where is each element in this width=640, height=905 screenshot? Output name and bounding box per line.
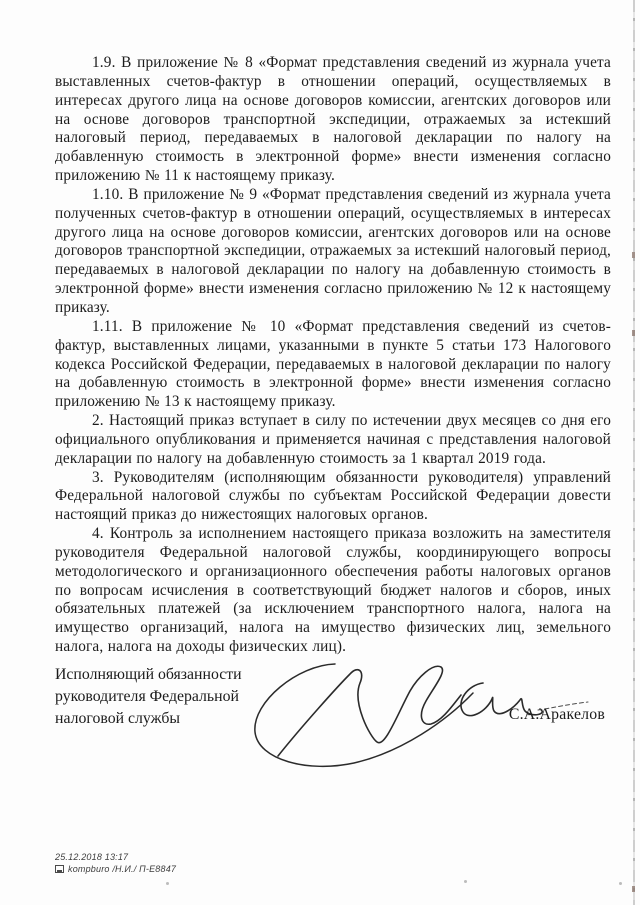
paragraph-1-11: 1.11. В приложение № 10 «Формат представ… <box>55 318 611 412</box>
stamp-timestamp: 25.12.2018 13:17 <box>55 852 176 864</box>
scan-edge-tick <box>632 330 635 336</box>
stamp-text: kompburo /Н.И./ П-Е8847 <box>68 864 176 876</box>
scan-edge-tick <box>632 252 635 258</box>
scan-footer: 25.12.2018 13:17 kompburo /Н.И./ П-Е8847 <box>55 852 176 875</box>
scan-speck <box>166 882 169 885</box>
scan-edge-tick <box>632 886 635 892</box>
floppy-stamp-icon <box>55 865 64 873</box>
scan-speck <box>619 882 622 885</box>
paragraph-2: 2. Настоящий приказ вступает в силу по и… <box>55 412 611 469</box>
signer-name: С.А.Аракелов <box>509 706 605 724</box>
paragraph-4: 4. Контроль за исполнением настоящего пр… <box>55 525 611 657</box>
stamp-line: kompburo /Н.И./ П-Е8847 <box>55 864 176 876</box>
scanned-document-page: 1.9. В приложение № 8 «Формат представле… <box>0 0 640 905</box>
scan-speck <box>464 880 467 883</box>
paragraph-1-9: 1.9. В приложение № 8 «Формат представле… <box>55 54 611 186</box>
paragraph-1-10: 1.10. В приложение № 9 «Формат представл… <box>55 186 611 318</box>
document-body: 1.9. В приложение № 8 «Формат представле… <box>55 54 611 657</box>
paragraph-3: 3. Руководителям (исполняющим обязанност… <box>55 469 611 526</box>
signature-block: Исполняющий обязанности руководителя Фед… <box>55 664 611 789</box>
scan-edge-artifact <box>633 0 635 905</box>
